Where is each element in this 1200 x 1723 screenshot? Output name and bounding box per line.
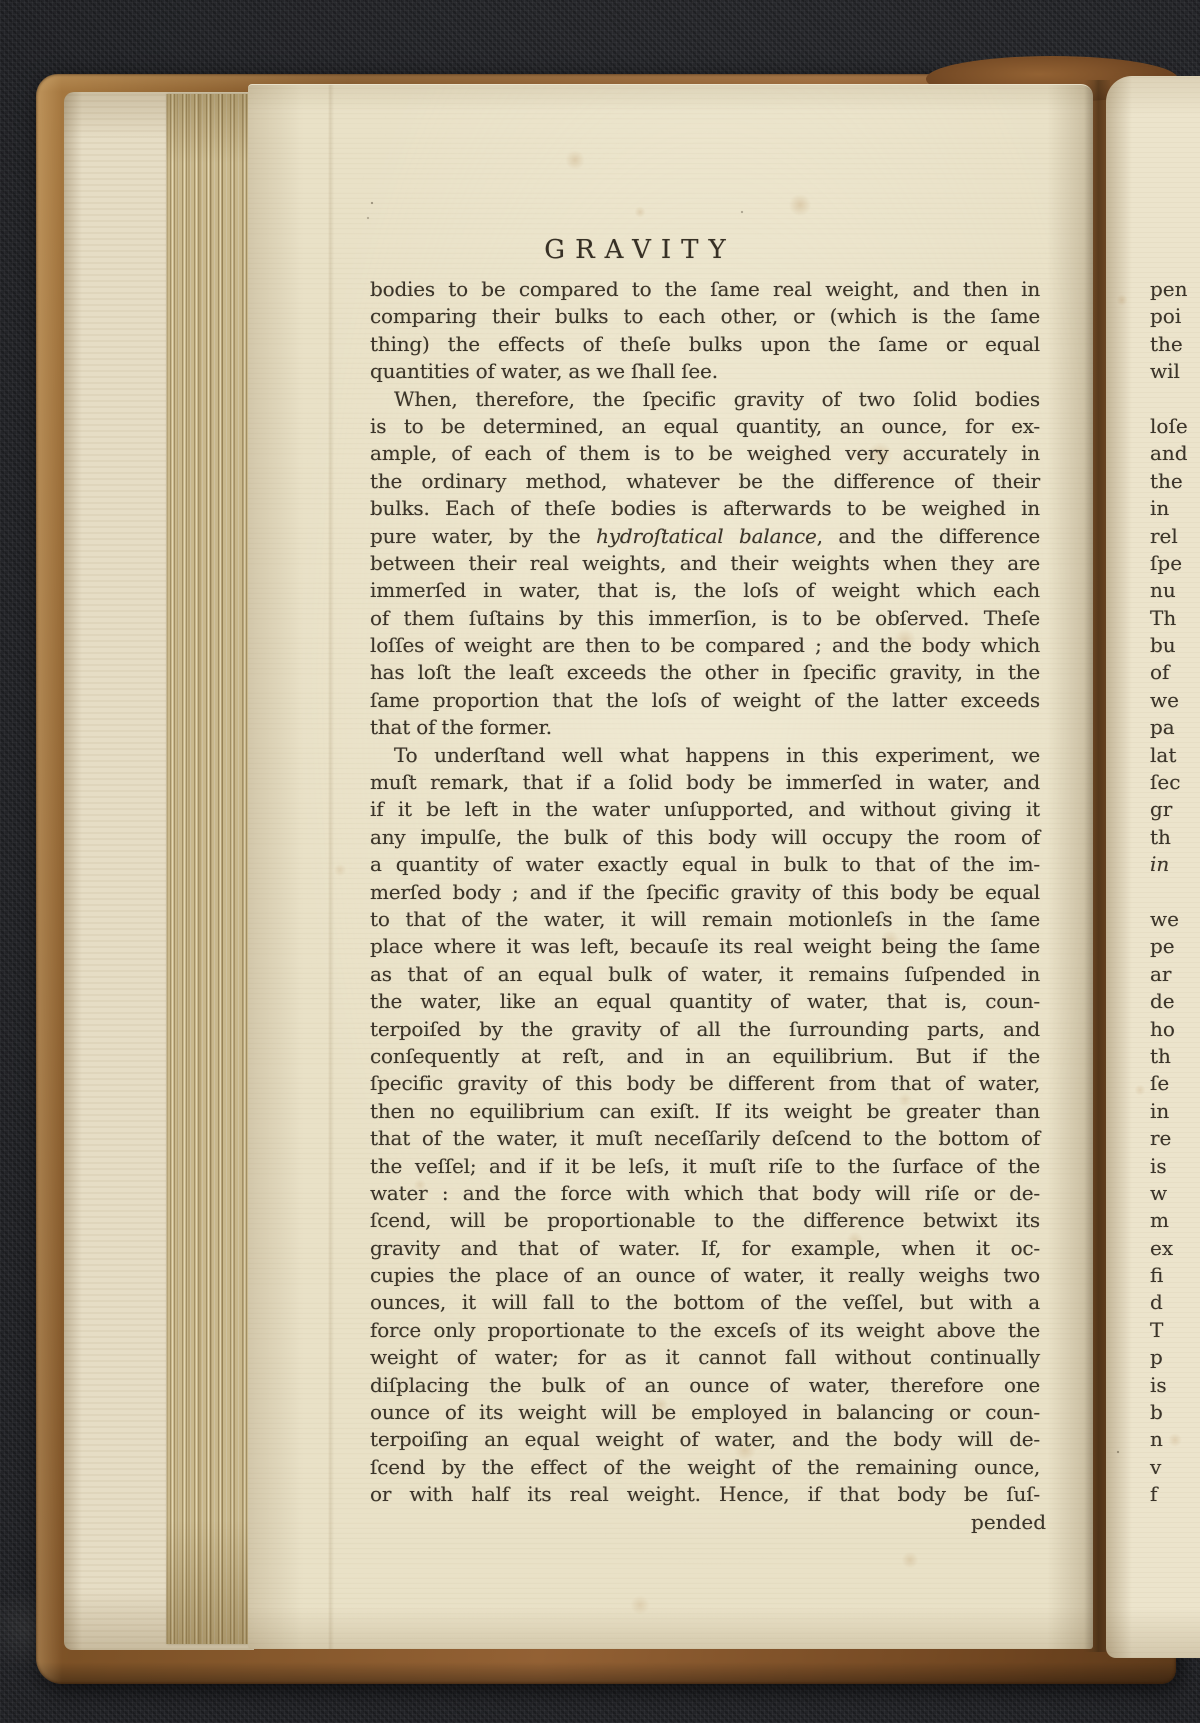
text-line: bulks. Each of theſe bodies is afterward… [370,495,1040,522]
text-line: terpoiſed by the gravity of all the ſurr… [370,1016,1040,1043]
text-line: is to be determined, an equal quantity, … [370,413,1040,440]
text-line: between their real weights, and their we… [370,550,1040,577]
text-line: diſplacing the bulk of an ounce of water… [370,1372,1040,1399]
text-line: the ordinary method, whatever be the dif… [370,468,1040,495]
next-page-text-line: f [1150,1481,1200,1508]
text-line: ſcend, will be proportionable to the dif… [370,1207,1040,1234]
next-page-text-line [1150,879,1200,906]
page-edges-stack [166,94,250,1644]
next-page-text-line: ſec [1150,769,1200,796]
text-line: water : and the force with which that bo… [370,1180,1040,1207]
text-line: To underſtand well what happens in this … [370,742,1040,769]
text-line: gravity and that of water. If, for examp… [370,1235,1040,1262]
text-line: ſame proportion that the loſs of weight … [370,687,1040,714]
text-line: pure water, by the hydroſtatical balance… [370,523,1040,550]
next-page-text-line: rel [1150,523,1200,550]
text-line: ounces, it will fall to the bottom of th… [370,1289,1040,1316]
next-page-text-line: pe [1150,933,1200,960]
text-line: if it be left in the water unſupported, … [370,796,1040,823]
text-line: the veſſel; and if it be leſs, it muſt r… [370,1153,1040,1180]
next-page-text-line: the [1150,468,1200,495]
next-page-text-line: ho [1150,1016,1200,1043]
next-page-text-line: T [1150,1317,1200,1344]
next-page-text-line: in [1150,495,1200,522]
text-line: that of the water, it muſt neceſſarily d… [370,1125,1040,1152]
next-page-text-line: pa [1150,714,1200,741]
body-lines: bodies to be compared to the ſame real w… [370,276,1040,1509]
text-line: ſpecific gravity of this body be differe… [370,1070,1040,1097]
next-page-text-line: th [1150,1043,1200,1070]
next-page-text-line: we [1150,687,1200,714]
next-page-text-line: in [1150,851,1200,878]
next-page-text-line: in [1150,1098,1200,1125]
next-page-text-line: w [1150,1180,1200,1207]
next-page-text-line: bu [1150,632,1200,659]
text-line: ounce of its weight will be employed in … [370,1399,1040,1426]
text-line: or with half its real weight. Hence, if … [370,1481,1040,1508]
next-page-text-line: Th [1150,605,1200,632]
text-line: weight of water; for as it cannot fall w… [370,1344,1040,1371]
text-line: comparing their bulks to each other, or … [370,303,1040,330]
next-page-text-line: and [1150,440,1200,467]
text-line: has loſt the leaſt exceeds the other in … [370,659,1040,686]
next-page-text-line: ſe [1150,1070,1200,1097]
catchword: pended [971,1510,1046,1534]
text-line: conſequently at reſt, and in an equilibr… [370,1043,1040,1070]
next-page-text-line [1150,386,1200,413]
next-page-text-line: de [1150,988,1200,1015]
next-page-text-line: nu [1150,577,1200,604]
text-line: thing) the effects of theſe bulks upon t… [370,331,1040,358]
text-line: as that of an equal bulk of water, it re… [370,961,1040,988]
next-page-text: penpoithewilloſeandtheinrelſpenuThbuofwe… [1150,276,1200,1509]
next-page-text-line: the [1150,331,1200,358]
text-line: a quantity of water exactly equal in bul… [370,851,1040,878]
text-line: muſt remark, that if a ſolid body be imm… [370,769,1040,796]
next-page-text-line: pen [1150,276,1200,303]
text-line: to that of the water, it will remain mot… [370,906,1040,933]
next-page-text-line: th [1150,824,1200,851]
text-line: bodies to be compared to the ſame real w… [370,276,1040,303]
text-line: of them ſuſtains by this immerſion, is t… [370,605,1040,632]
page-heading: GRAVITY [305,234,975,276]
catchword-row: pended [370,1509,1040,1536]
page-text-block: GRAVITY bodies to be compared to the ſam… [370,234,1040,1536]
next-page-text-line: v [1150,1454,1200,1481]
text-line: then no equilibrium can exiſt. If its we… [370,1098,1040,1125]
next-page-text-line: re [1150,1125,1200,1152]
text-line: that of the former. [370,714,1040,741]
text-line: ſcend by the effect of the weight of the… [370,1454,1040,1481]
next-page-text-line: loſe [1150,413,1200,440]
next-page-text-line: lat [1150,742,1200,769]
next-page-text-line: m [1150,1207,1200,1234]
text-line: force only proportionate to the exceſs o… [370,1317,1040,1344]
text-line: immerſed in water, that is, the loſs of … [370,577,1040,604]
text-line: ample, of each of them is to be weighed … [370,440,1040,467]
text-line: the water, like an equal quantity of wat… [370,988,1040,1015]
book-photo: GRAVITY bodies to be compared to the ſam… [0,0,1200,1723]
next-page-text-line: p [1150,1344,1200,1371]
next-page-text-line: n [1150,1426,1200,1453]
text-line: cupies the place of an ounce of water, i… [370,1262,1040,1289]
next-page-text-line: ar [1150,961,1200,988]
next-page-text-line: fi [1150,1262,1200,1289]
next-page-text-line: we [1150,906,1200,933]
next-page-text-line: wil [1150,358,1200,385]
text-line: quantities of water, as we ſhall ſee. [370,358,1040,385]
next-page-text-line: ex [1150,1235,1200,1262]
next-page-text-line: ſpe [1150,550,1200,577]
next-page-text-line: d [1150,1289,1200,1316]
text-line: any impulſe, the bulk of this body will … [370,824,1040,851]
text-line: terpoiſing an equal weight of water, and… [370,1426,1040,1453]
next-page-text-line: is [1150,1153,1200,1180]
next-page-text-line: b [1150,1399,1200,1426]
next-page-text-line: gr [1150,796,1200,823]
next-page-text-line: is [1150,1372,1200,1399]
text-line: merſed body ; and if the ſpecific gravit… [370,879,1040,906]
text-line: loſſes of weight are then to be compared… [370,632,1040,659]
next-page-text-line: of [1150,659,1200,686]
text-line: place where it was left, becauſe its rea… [370,933,1040,960]
text-line: When, therefore, the ſpecific gravity of… [370,386,1040,413]
next-page-text-line: poi [1150,303,1200,330]
